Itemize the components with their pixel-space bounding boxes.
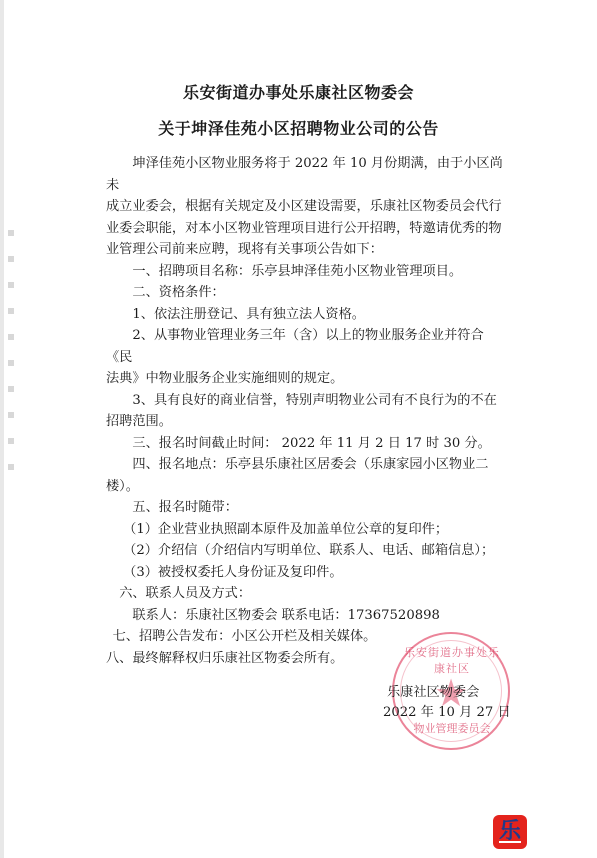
signature-org: 乐康社区物委会 <box>383 683 511 703</box>
document-title-line2: 关于坤泽佳苑小区招聘物业公司的公告 <box>0 116 597 139</box>
item-bring-3: （3）被授权委托人身份证及复印件。 <box>106 562 506 584</box>
item-contact-detail: 联系人：乐康社区物委会 联系电话：17367520898 <box>106 605 506 627</box>
document-body: 坤泽佳苑小区物业服务将于 2022 年 10 月份期满，由于小区尚未 成立业委会… <box>106 153 506 669</box>
item-qualification-2: 2、从事物业管理业务三年（含）以上的物业服务企业并符合《民 <box>106 325 506 368</box>
item-bring-heading: 五、报名时随带： <box>106 497 506 519</box>
scan-artifact-marks <box>8 230 14 470</box>
intro-line-2: 成立业委会，根据有关规定及小区建设需要，乐康社区物委员会代行 <box>106 196 506 218</box>
intro-line-3: 业委会职能，对本小区物业管理项目进行公开招聘，特邀请优秀的物 <box>106 218 506 240</box>
intro-line-1: 坤泽佳苑小区物业服务将于 2022 年 10 月份期满，由于小区尚未 <box>106 153 506 196</box>
item-bring-2: （2）介绍信（介绍信内写明单位、联系人、电话、邮箱信息）； <box>106 540 506 562</box>
item-qualification-1: 1、依法注册登记、具有独立法人资格。 <box>106 304 506 326</box>
logo-underline <box>499 841 521 843</box>
le-logo-icon: 乐 <box>493 815 527 849</box>
item-qualification-3: 3、具有良好的商业信誉，特别声明物业公司有不良行为的不在 <box>106 390 506 412</box>
item-bring-1: （1）企业营业执照副本原件及加盖单位公章的复印件； <box>106 519 506 541</box>
signature-date: 2022 年 10 月 27 日 <box>383 703 511 723</box>
document-title-line1: 乐安街道办事处乐康社区物委会 <box>0 80 597 103</box>
item-qualification-2-cont: 法典》中物业服务企业实施细则的规定。 <box>106 368 506 390</box>
item-contact-heading: 六、联系人员及方式： <box>106 583 506 605</box>
item-deadline: 三、报名时间截止时间： 2022 年 11 月 2 日 17 时 30 分。 <box>106 433 506 455</box>
intro-line-4: 业管理公司前来应聘，现将有关事项公告如下： <box>106 239 506 261</box>
item-project-name: 一、招聘项目名称：乐亭县坤泽佳苑小区物业管理项目。 <box>106 261 506 283</box>
item-location: 四、报名地点：乐亭县乐康社区居委会（乐康家园小区物业二楼）。 <box>106 454 506 497</box>
signature-block: 乐康社区物委会 2022 年 10 月 27 日 <box>383 683 511 723</box>
item-qualification-3-cont: 招聘范围。 <box>106 411 506 433</box>
item-qualifications-heading: 二、资格条件： <box>106 282 506 304</box>
